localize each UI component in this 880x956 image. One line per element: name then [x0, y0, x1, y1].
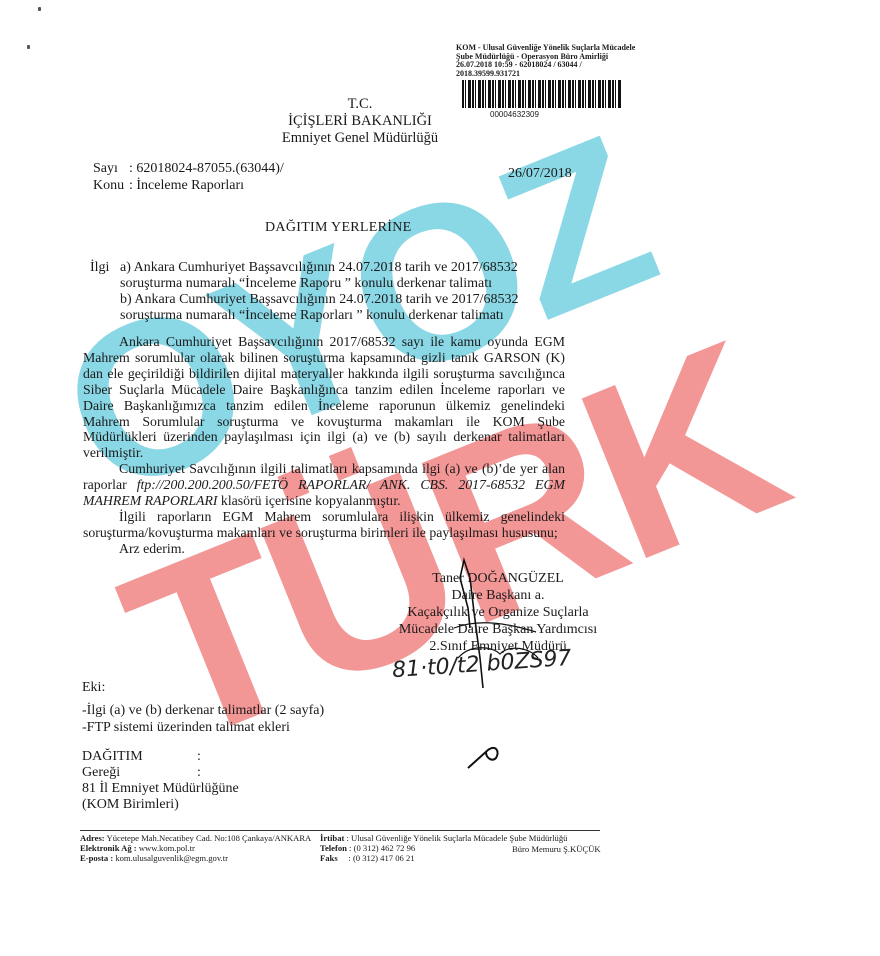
- ilgi-item-b: b) Ankara Cumhuriyet Başsavcılığının 24.…: [120, 292, 570, 324]
- letterhead-ministry: İÇİŞLERİ BAKANLIĞI: [240, 113, 480, 130]
- telefon-label: Telefon: [320, 843, 347, 853]
- attachment-item: -İlgi (a) ve (b) derkenar talimatlar (2 …: [82, 702, 324, 719]
- attachments: Eki: -İlgi (a) ve (b) derkenar talimatla…: [82, 679, 324, 736]
- signature-block: Taner DOĞANGÜZEL Daire Başkanı a. Kaçakç…: [398, 570, 598, 655]
- address-label: Adres:: [80, 833, 105, 843]
- registry-stamp: KOM - Ulusal Güvenliğe Yönelik Suçlarla …: [456, 44, 636, 78]
- barcode-number: 00004632309: [490, 110, 539, 119]
- letterhead: T.C. İÇİŞLERİ BAKANLIĞI Emniyet Genel Mü…: [240, 96, 480, 147]
- attachment-item: -FTP sistemi üzerinden talimat ekleri: [82, 719, 324, 736]
- faks-label: Faks: [320, 853, 338, 863]
- signer-position: Mücadele Daire Başkan Yardımcısı: [398, 621, 598, 638]
- ilgi-item-a: a) Ankara Cumhuriyet Başsavcılığının 24.…: [120, 260, 570, 292]
- footer-contact-left: Adres: Yücetepe Mah.Necatibey Cad. No:10…: [80, 834, 311, 863]
- geregi-label: Gereği: [82, 765, 197, 781]
- konu-label: Konu: [93, 177, 129, 194]
- ilgi-label: İlgi: [90, 260, 109, 276]
- body-paragraph-2: Cumhuriyet Savcılığının ilgili talimatla…: [83, 461, 565, 509]
- telefon: : (0 312) 462 72 96: [347, 843, 415, 853]
- clerk-name: Büro Memuru Ş.KÜÇÜK: [512, 844, 601, 854]
- irtibat: : Ulusal Güvenliğe Yönelik Suçlarla Müca…: [344, 833, 567, 843]
- irtibat-label: İrtibat: [320, 833, 344, 843]
- address: Yücetepe Mah.Necatibey Cad. No:108 Çanka…: [105, 833, 312, 843]
- email-address: kom.ulusalguvenlik@egm.gov.tr: [113, 853, 228, 863]
- sayi-value: : 62018024-87055.(63044)/: [129, 161, 284, 176]
- letterhead-directorate: Emniyet Genel Müdürlüğü: [240, 130, 480, 147]
- stamp-line: 2018.39599.931721: [456, 70, 636, 79]
- document-date: 26/07/2018: [508, 166, 572, 182]
- faks: : (0 312) 417 06 21: [338, 853, 415, 863]
- scan-speck: [27, 45, 30, 49]
- footer-divider: [80, 830, 600, 831]
- distribution-label: DAĞITIM: [82, 749, 197, 765]
- document-body: Ankara Cumhuriyet Başsavcılığının 2017/6…: [83, 334, 565, 557]
- email-label: E-posta :: [80, 853, 113, 863]
- body-paragraph-3: İlgili raporların EGM Mahrem sorumlulara…: [83, 509, 565, 541]
- document-title: DAĞITIM YERLERİNE: [265, 220, 412, 236]
- distribution: DAĞITIM: Gereği: 81 İl Emniyet Müdürlüğü…: [82, 749, 239, 813]
- document-meta: Sayı: 62018024-87055.(63044)/ Konu: İnce…: [93, 160, 284, 194]
- konu-value: : İnceleme Raporları: [129, 178, 244, 193]
- web-address: www.kom.pol.tr: [137, 843, 195, 853]
- signer-dept: Kaçakçılık ve Organize Suçlarla: [398, 604, 598, 621]
- p2-text-end: klasörü içerisine kopyalanmıştır.: [217, 493, 400, 508]
- barcode: [462, 80, 622, 108]
- signer-title: Daire Başkanı a.: [398, 587, 598, 604]
- recipient-note: (KOM Birimleri): [82, 797, 239, 813]
- letterhead-tc: T.C.: [240, 96, 480, 113]
- attachments-label: Eki:: [82, 679, 324, 696]
- body-paragraph-1: Ankara Cumhuriyet Başsavcılığının 2017/6…: [83, 334, 565, 461]
- scan-speck: [38, 7, 41, 11]
- handwritten-check-icon: [466, 742, 506, 772]
- signer-name: Taner DOĞANGÜZEL: [398, 570, 598, 587]
- web-label: Elektronik Ağ :: [80, 843, 137, 853]
- sayi-label: Sayı: [93, 160, 129, 177]
- colon: :: [197, 765, 201, 780]
- colon: :: [197, 749, 201, 764]
- recipient: 81 İl Emniyet Müdürlüğüne: [82, 781, 239, 797]
